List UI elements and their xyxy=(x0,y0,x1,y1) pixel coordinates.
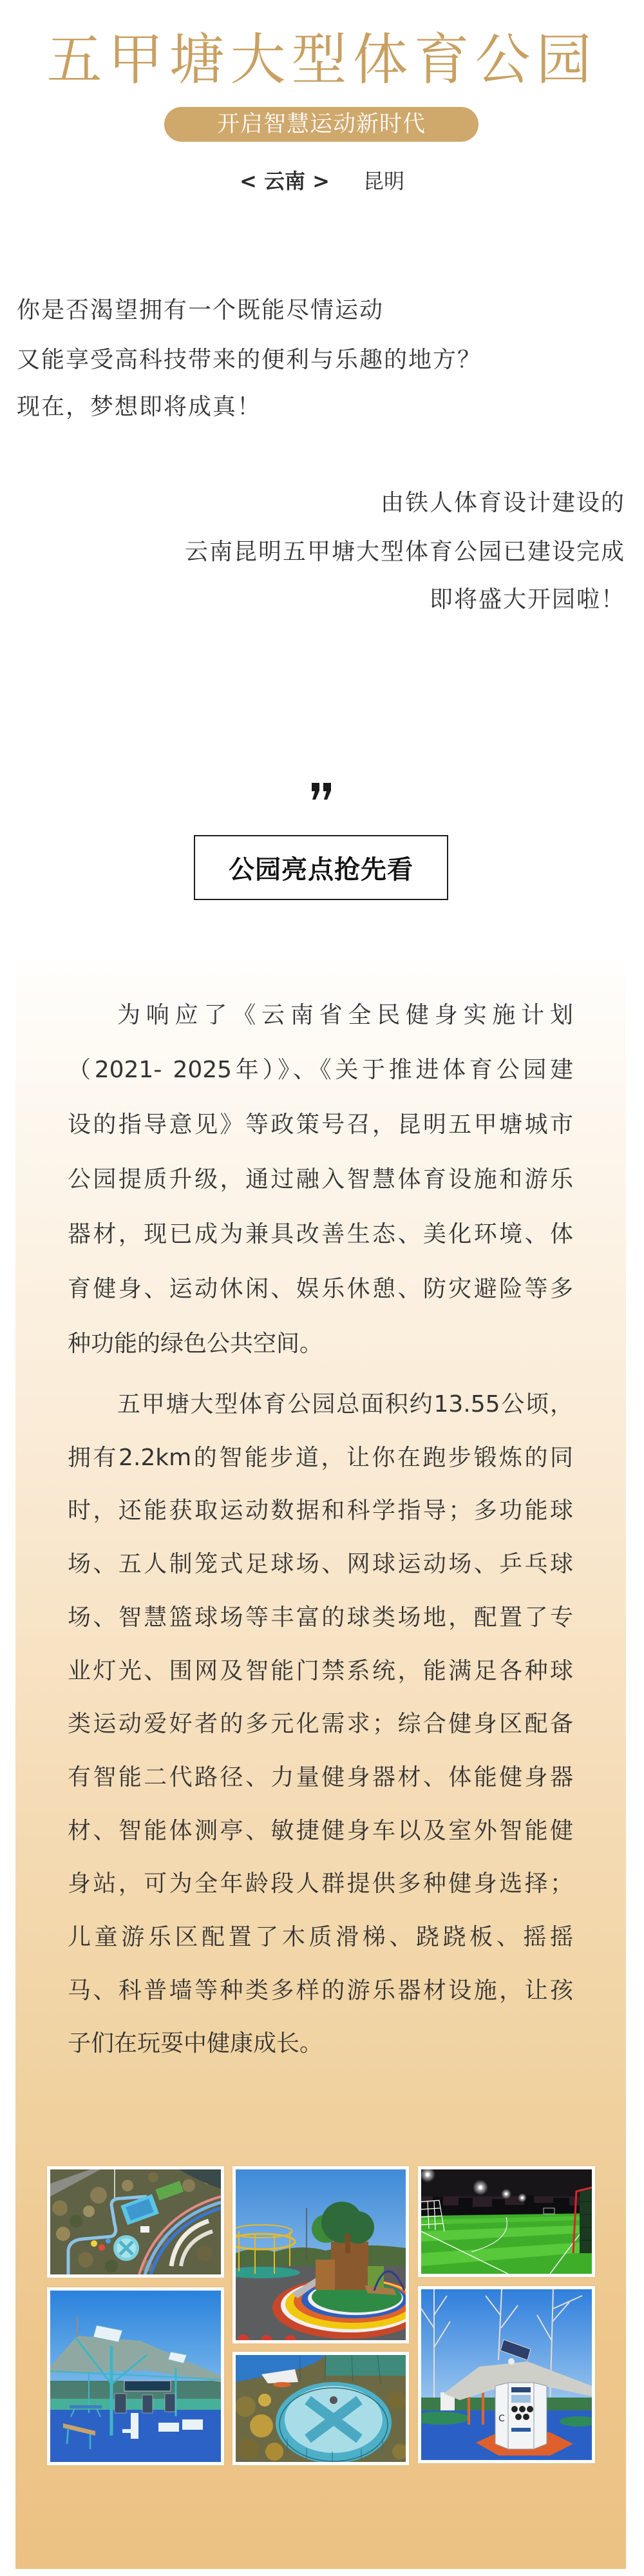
aerial-park-photo[interactable] xyxy=(47,2166,224,2278)
circular-court-image xyxy=(236,2355,406,2462)
paragraph-1-line: 器材，现已成为兼具改善生态、美化环境、体 xyxy=(68,1218,573,1251)
paragraph-1-line: 为响应了《云南省全民健身实施计划 xyxy=(117,999,573,1032)
tagline-badge: 开启智慧运动新时代 xyxy=(164,107,478,142)
intro-question-line: 你是否渴望拥有一个既能尽情运动 xyxy=(17,296,384,325)
aerial-park-image xyxy=(50,2169,221,2274)
paragraph-2-line: 业灯光、围网及智能门禁系统，能满足各种球 xyxy=(68,1655,573,1687)
paragraph-2-line: 马、科普墙等种类多样的游乐器材设施，让孩 xyxy=(68,1975,573,2007)
paragraph-2-line: 场、智慧篮球场等丰富的球类场地，配置了专 xyxy=(68,1602,573,1634)
paragraph-1-line: （2021- 2025年）》、《关于推进体育公园建 xyxy=(68,1054,573,1086)
location-city: 昆明 xyxy=(363,167,404,195)
smart-station-image: C xyxy=(421,2289,592,2460)
paragraph-2-line: 子们在玩耍中健康成长。 xyxy=(68,2028,573,2060)
fitness-shelter-image xyxy=(50,2291,221,2462)
paragraph-2-line: 类运动爱好者的多元化需求；综合健身区配备 xyxy=(68,1708,573,1740)
paragraph-2-line: 拥有2.2km的智能步道，让你在跑步锻炼的同 xyxy=(68,1442,573,1474)
section-heading: 公园亮点抢先看 xyxy=(194,835,448,900)
closing-quote-icon xyxy=(310,782,333,801)
paragraph-2-line: 有智能二代路径、力量健身器材、体能健身器 xyxy=(68,1762,573,1794)
paragraph-2-line: 场、五人制笼式足球场、网球运动场、乒乓球 xyxy=(68,1548,573,1581)
intro-announcement-line: 由铁人体育设计建设的 xyxy=(381,489,625,517)
paragraph-2-line: 材、智能体测亭、敏捷健身车以及室外智能健 xyxy=(68,1815,573,1847)
circular-court-photo[interactable] xyxy=(232,2352,409,2465)
paragraph-1-line: 设的指导意见》等政策号召，昆明五甲塘城市 xyxy=(68,1109,573,1141)
paragraph-2-line: 儿童游乐区配置了木质滑梯、跷跷板、摇摇 xyxy=(68,1921,573,1954)
intro-announcement-line: 云南昆明五甲塘大型体育公园已建设完成 xyxy=(185,538,625,566)
svg-text:C: C xyxy=(498,2414,505,2424)
intro-announcement-line: 即将盛大开园啦！ xyxy=(430,586,625,614)
playground-treehouse-photo[interactable] xyxy=(232,2166,409,2343)
paragraph-2-line: 时，还能获取运动数据和科学指导；多功能球 xyxy=(68,1495,573,1527)
location-province: < 云南 > xyxy=(240,167,330,195)
paragraph-2-line: 身站，可为全年龄段人群提供多种健身选择； xyxy=(68,1868,573,1900)
soccer-field-image xyxy=(421,2169,592,2274)
paragraph-1-line: 育健身、运动休闲、娱乐休憩、防灾避险等多 xyxy=(68,1273,573,1305)
intro-question-line: 又能享受高科技带来的便利与乐趣的地方？ xyxy=(17,346,482,374)
fitness-shelter-photo[interactable] xyxy=(47,2287,224,2465)
paragraph-2-line: 五甲塘大型体育公园总面积约13.55公顷， xyxy=(117,1389,573,1421)
paragraph-1-line: 种功能的绿色公共空间。 xyxy=(68,1328,573,1360)
location-line: < 云南 > 昆明 xyxy=(0,167,644,195)
intro-question-line: 现在，梦想即将成真！ xyxy=(17,393,261,421)
page-title: 五甲塘大型体育公园 xyxy=(0,30,644,90)
paragraph-1-line: 公园提质升级，通过融入智慧体育设施和游乐 xyxy=(68,1164,573,1196)
night-soccer-field-photo[interactable] xyxy=(418,2166,595,2277)
playground-image xyxy=(236,2169,406,2340)
smart-fitness-station-photo[interactable]: C xyxy=(418,2286,595,2463)
